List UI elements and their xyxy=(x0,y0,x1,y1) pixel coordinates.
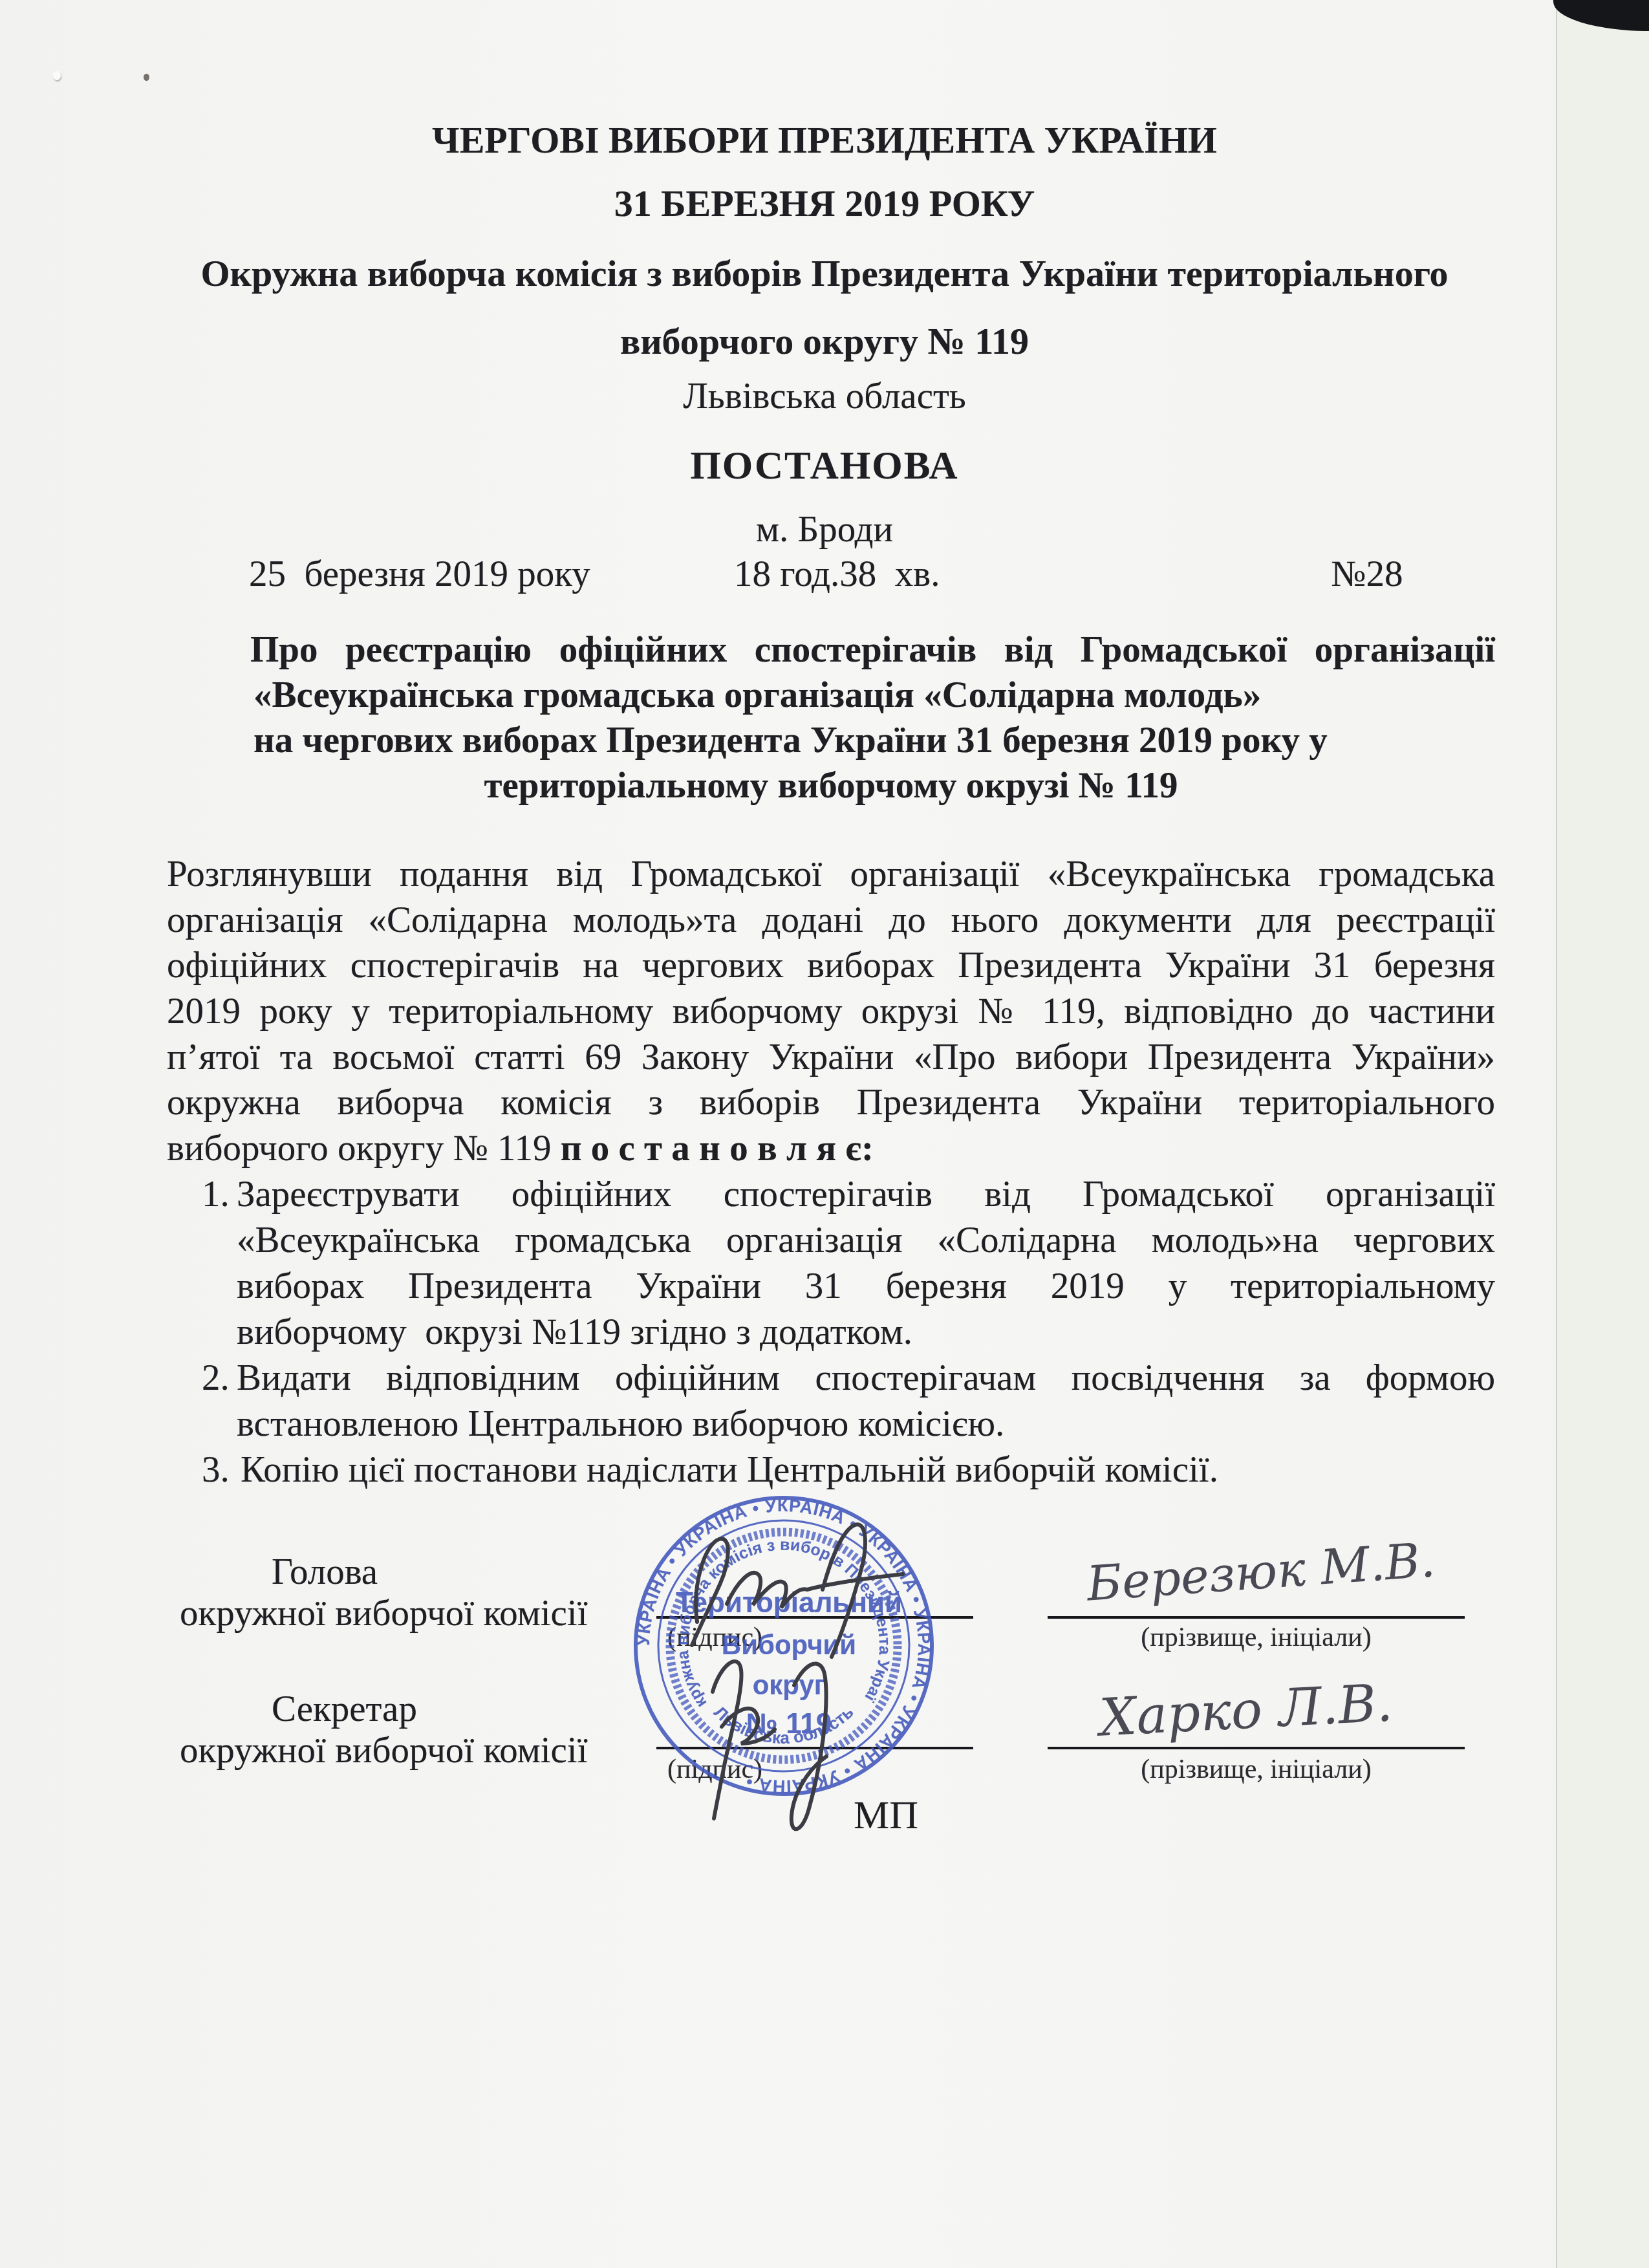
body-line: організація «Солідарна молодь»та додані … xyxy=(167,899,1495,941)
list-marker-3: 3. xyxy=(202,1449,230,1491)
head-name-caption: (прізвище, ініціали) xyxy=(1048,1622,1465,1653)
body-resolves-line: виборчого округу № 119 п о с т а н о в л… xyxy=(167,1127,874,1169)
list-item-1-line: виборчому окрузі №119 згідно з додатком. xyxy=(237,1311,912,1353)
doc-number: №28 xyxy=(1331,553,1403,595)
region-label: Львівська область xyxy=(83,375,1566,417)
secretary-signature-scribble xyxy=(679,1630,873,1843)
scanned-document-page: ЧЕРГОВІ ВИБОРИ ПРЕЗИДЕНТА УКРАЇНИ 31 БЕР… xyxy=(0,0,1649,2268)
head-name-line xyxy=(1048,1616,1465,1619)
body-line: п’ятої та восьмої статті 69 Закону Украї… xyxy=(167,1036,1495,1078)
body-line: 2019 року у територіальному виборчому ок… xyxy=(167,990,1495,1032)
subject-line3: на чергових виборах Президента України 3… xyxy=(253,719,1328,761)
subject-line4: територіальному виборчому окрузі № 119 xyxy=(167,764,1495,806)
list-item-2-line: Видати відповідним офіційним спостерігач… xyxy=(237,1357,1495,1399)
doc-date: 25 березня 2019 року xyxy=(249,553,590,595)
subject-line2: «Всеукраїнська громадська організація «С… xyxy=(253,674,1261,716)
body-line: окружна виборча комісія з виборів Презид… xyxy=(167,1081,1495,1123)
list-item-1-line: «Всеукраїнська громадська організація «С… xyxy=(237,1219,1495,1261)
list-item-1-line: виборах Президента України 31 березня 20… xyxy=(237,1265,1495,1307)
election-title-line2: 31 БЕРЕЗНЯ 2019 РОКУ xyxy=(0,172,1649,235)
body-line: Розглянувши подання від Громадської орга… xyxy=(167,853,1495,895)
list-marker-2: 2. xyxy=(202,1357,230,1399)
commission-name-line2: виборчого округу № 119 xyxy=(83,307,1566,375)
head-handwritten-name: Березюк М.В. xyxy=(1085,1532,1437,1612)
subject-line1: Про реєстрацію офіційних спостерігачів в… xyxy=(250,629,1495,671)
secretary-name-caption: (прізвище, ініціали) xyxy=(1048,1754,1465,1785)
head-role-line2: окружної виборчої комісії xyxy=(180,1592,588,1634)
head-role-line1: Голова xyxy=(272,1551,378,1593)
commission-name-line1: Окружна виборча комісія з виборів Презид… xyxy=(83,239,1566,307)
paper-speck xyxy=(144,74,149,81)
paper-punch-mark xyxy=(53,71,61,80)
body-resolves-word: п о с т а н о в л я є: xyxy=(561,1128,874,1169)
election-title-line1: ЧЕРГОВІ ВИБОРИ ПРЕЗИДЕНТА УКРАЇНИ xyxy=(0,109,1649,172)
doc-time: 18 год.38 хв. xyxy=(734,553,940,595)
scanner-edge-strip xyxy=(1556,0,1649,2268)
body-resolves-prefix: виборчого округу № 119 xyxy=(167,1128,561,1169)
list-marker-1: 1. xyxy=(202,1173,230,1215)
secretary-role-line1: Секретар xyxy=(272,1688,417,1730)
body-line: офіційних спостерігачів на чергових вибо… xyxy=(167,944,1495,986)
list-item-2-line: встановленою Центральною виборчою комісі… xyxy=(237,1403,1004,1445)
list-item-3-line: Копію цієї постанови надіслати Центральн… xyxy=(241,1449,1218,1491)
secretary-handwritten-name: Харко Л.В. xyxy=(1098,1672,1394,1748)
doc-city: м. Броди xyxy=(83,508,1566,550)
secretary-role-line2: окружної виборчої комісії xyxy=(180,1729,588,1771)
list-item-1-line: Зареєструвати офіційних спостерігачів ві… xyxy=(237,1173,1495,1215)
doc-type-title: ПОСТАНОВА xyxy=(83,444,1566,489)
